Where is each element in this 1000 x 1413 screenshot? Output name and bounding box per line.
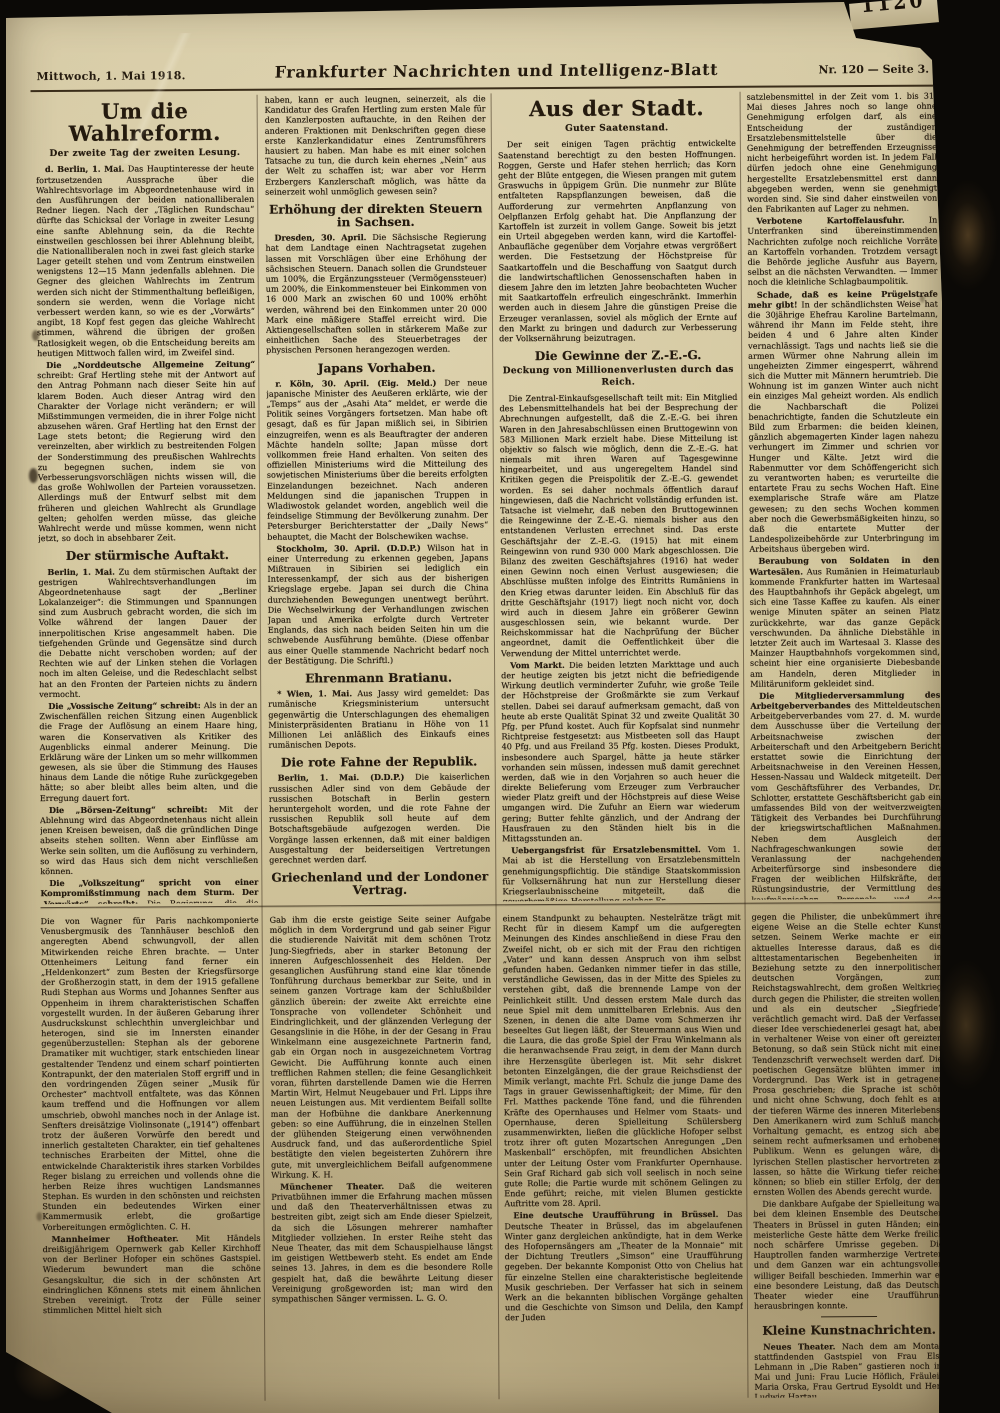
paragraph-text: Das Deutsche Theater in Brüssel, das im …	[504, 1209, 743, 1322]
paragraph-lead: Die „Börsen-Zeitung“ schreibt:	[49, 804, 208, 815]
article-paragraph: Die dankbare Aufgabe der Spielleitung wa…	[753, 1198, 944, 1311]
paragraph-text: Mit der Ablehnung wird das Abgeordnetenh…	[40, 804, 258, 876]
article-paragraph: Beraubung von Soldaten in den Wartesälen…	[749, 555, 940, 689]
article-paragraph: Vom Markt. Die beiden letzten Markttage …	[501, 659, 740, 844]
paragraph-text: In der schändlichsten Weise hat die 30jä…	[748, 298, 939, 554]
photo-backdrop: 1120 Mittwoch, 1. Mai 1918. Frankfurter …	[0, 0, 1000, 1413]
article-subhead: Guter Saatenstand.	[498, 123, 736, 136]
article-headline: Erhöhung der direkten Steuern in Sachsen…	[265, 202, 486, 230]
article-paragraph: Eine deutsche Uraufführung in Brüssel. D…	[504, 1209, 743, 1323]
page-date: Mittwoch, 1. Mai 1918.	[36, 69, 185, 83]
article-paragraph: Mannheimer Hoftheater. Mit Händels dreiß…	[43, 1233, 261, 1316]
article-paragraph: Verbotene Kartoffelausfuhr. In Unterfran…	[747, 215, 937, 287]
article-paragraph: gegen die Philister, die unbekümmert ihr…	[752, 911, 944, 1197]
article-paragraph: Stockholm, 30. April. (D.D.P.) Wilson ha…	[267, 542, 489, 666]
column-3-top: Aus der Stadt.Guter Saatenstand.Der seit…	[498, 92, 741, 901]
paragraph-lead: Dresden, 30. April.	[274, 232, 366, 243]
corner-mark: 1120	[849, 0, 938, 20]
paragraph-text: Aus Rumänien in Heimaturlaub kommende Fr…	[750, 565, 941, 688]
paragraph-lead: Mannheimer Hoftheater.	[52, 1233, 179, 1244]
article-paragraph: Gab ihm die erste geistige Seite seiner …	[270, 913, 493, 1179]
ink-stain	[29, 468, 38, 483]
article-paragraph: einem Standpunkt zu behaupten. Nestelrät…	[503, 912, 743, 1209]
paragraph-lead: Die „Vossische Zeitung“ schreibt:	[48, 700, 201, 711]
article-subhead: Deckung von Millionenverlusten durch das…	[499, 365, 737, 389]
article-headline: Ehrenmann Bratianu.	[268, 671, 489, 686]
short-divider	[821, 1316, 877, 1317]
column-1-top: Um die Wahlreform.Der zweite Tag der zwe…	[36, 95, 259, 904]
newspaper-page: Mittwoch, 1. Mai 1918. Frankfurter Nachr…	[6, 2, 942, 1413]
paragraph-text: Der neue japanische Minister des Aeußere…	[266, 377, 488, 541]
article-paragraph: Die „Vossische Zeitung“ schreibt: Als in…	[39, 700, 258, 803]
paragraph-text: Mit Händels dreißigjährigem Opernwerk ga…	[43, 1233, 261, 1316]
article-headline: Japans Vorhaben.	[266, 361, 487, 376]
paragraph-lead: * Zürich, 30. April.	[278, 901, 366, 903]
article-paragraph: Berlin, 1. Mai. Zu dem stürmischen Aufta…	[38, 565, 257, 699]
article-paragraph: Der seit einigen Tagen prächtig entwicke…	[498, 138, 737, 343]
article-paragraph: * Zürich, 30. April. Der griechische Ges…	[269, 900, 490, 903]
article-headline: Der stürmische Auftakt.	[38, 549, 256, 564]
article-paragraph: Dresden, 30. April. Die Sächsische Regie…	[265, 232, 487, 356]
paragraph-lead: Münchener Theater.	[280, 1181, 384, 1192]
paragraph-text: Das Hauptinteresse der heute fortzusetze…	[36, 163, 255, 358]
article-paragraph: r. Köln, 30. April. (Eig. Meld.) Der neu…	[266, 377, 488, 541]
paragraph-text: Zu dem stürmischen Auftakt der gestrigen…	[39, 565, 258, 699]
section-headline: Um die Wahlreform.	[36, 100, 254, 145]
issue-number: Nr. 120 — Seite 3.	[818, 63, 929, 77]
article-paragraph: d. Berlin, 1. Mai. Das Hauptinteresse de…	[36, 163, 255, 358]
column-4-top: satzlebensmittel in der Zeit vom 1. bis …	[747, 91, 942, 900]
paragraph-lead: Berlin, 1. Mai. (D.D.P.)	[278, 772, 405, 783]
article-paragraph: Schade, daß es keine Prügelstrafe mehr g…	[748, 288, 940, 554]
paragraph-lead: Verbotene Kartoffelausfuhr.	[756, 215, 904, 226]
paragraph-text: Daß die weiteren Privatbühnen immer die …	[271, 1180, 493, 1303]
column-3-bottom: einem Standpunkt zu behaupten. Nestelrät…	[503, 912, 744, 1399]
paragraph-text: satzlebensmittel in der Zeit vom 1. bis …	[747, 91, 938, 214]
page-content: Mittwoch, 1. Mai 1918. Frankfurter Nachr…	[6, 0, 951, 1413]
article-subhead: Der zweite Tag der zweiten Lesung.	[36, 148, 254, 161]
article-paragraph: Die Mitgliederversammlung des Arbeitgebe…	[750, 689, 941, 899]
column-2-bottom: Gab ihm die erste geistige Seite seiner …	[270, 913, 494, 1400]
article-paragraph: satzlebensmittel in der Zeit vom 1. bis …	[747, 91, 938, 214]
paragraph-text: haben, kann er auch leugnen, seinerzeit,…	[265, 93, 487, 196]
paragraph-lead: Neues Theater.	[763, 1341, 835, 1351]
paragraph-text: einem Standpunkt zu behaupten. Nestelrät…	[503, 912, 743, 1209]
section-headline: Aus der Stadt.	[498, 97, 736, 121]
paragraph-text: Als in der an Zwischenfällen reichen Sit…	[39, 700, 257, 803]
paragraph-text: Die beiden letzten Markttage und auch de…	[501, 659, 740, 844]
paragraph-text: Die Zentral-Einkaufsgesellschaft teilt m…	[499, 392, 738, 658]
article-paragraph: Die Zentral-Einkaufsgesellschaft teilt m…	[499, 392, 739, 658]
paragraph-text: In Unterfranken sind übereinstimmenden N…	[747, 215, 937, 287]
masthead: Frankfurter Nachrichten und Intelligenz-…	[246, 60, 747, 82]
paragraph-text: Die Sächsische Regierung hat dem Landtag…	[265, 232, 487, 355]
article-headline: Kleine Kunstnachrichten.	[754, 1324, 944, 1338]
page-curl-highlight	[934, 960, 998, 1090]
paragraph-text: des Mitteldeutschen Arbeitgeberverbandes…	[750, 700, 941, 900]
paragraph-lead: * Wien, 1. Mai.	[277, 688, 352, 698]
page-curl-highlight	[938, 180, 998, 290]
paragraph-text: schreibt: Graf Hertling stehe mit der An…	[37, 369, 256, 543]
paragraph-text: gegen die Philister, die unbekümmert ihr…	[752, 911, 944, 1197]
article-paragraph: Uebergangsfrist für Ersatzlebensmittel. …	[502, 844, 740, 901]
article-headline: Griechenland und der Londoner Vertrag.	[269, 870, 490, 898]
paragraph-lead: d. Berlin, 1. Mai.	[45, 164, 124, 174]
article-paragraph: Die „Börsen-Zeitung“ schreibt: Mit der A…	[40, 804, 258, 877]
article-headline: Die rote Fahne der Republik.	[269, 756, 490, 771]
column-2-top: haben, kann er auch leugnen, seinerzeit,…	[265, 93, 491, 902]
column-1-bottom: Die von Wagner für Paris nachkomponierte…	[41, 915, 262, 1402]
article-paragraph: Neues Theater. Nach dem am Montag stattf…	[754, 1340, 944, 1398]
article-headline: Die Gewinne der Z.-E.-G.	[499, 349, 737, 364]
paragraph-text: Wilson hat in einer Unterredung zu erken…	[267, 542, 489, 665]
paragraph-text: Gab ihm die erste geistige Seite seiner …	[270, 913, 493, 1179]
paragraph-lead: Berlin, 1. Mai.	[47, 566, 115, 576]
article-paragraph: haben, kann er auch leugnen, seinerzeit,…	[265, 93, 487, 196]
article-paragraph: * Wien, 1. Mai. Aus Jassy wird gemeldet:…	[268, 687, 489, 749]
paragraph-lead: Vom Markt.	[510, 660, 565, 670]
column-4-bottom: gegen die Philister, die unbekümmert ihr…	[752, 911, 945, 1398]
adjacent-page-corner: 1120	[849, 0, 939, 30]
paragraph-text: Der seit einigen Tagen prächtig entwicke…	[498, 138, 737, 343]
paragraph-lead: Stockholm, 30. April. (D.D.P.)	[276, 542, 420, 553]
article-paragraph: Die von Wagner für Paris nachkomponierte…	[41, 915, 261, 1232]
article-paragraph: Die „Volkszeitung“ spricht von einer Kom…	[40, 877, 258, 904]
paragraph-text: Die kaiserlichen russischen Adler sind v…	[269, 772, 490, 865]
article-paragraph: Berlin, 1. Mai. (D.D.P.) Die kaiserliche…	[269, 772, 491, 865]
paragraph-text: Die von Wagner für Paris nachkomponierte…	[41, 915, 261, 1232]
article-paragraph: Die „Norddeutsche Allgemeine Zeitung“ sc…	[37, 359, 256, 544]
paragraph-text: Die dankbare Aufgabe der Spielleitung wa…	[753, 1198, 944, 1311]
article-paragraph: Münchener Theater. Daß die weiteren Priv…	[271, 1180, 493, 1304]
